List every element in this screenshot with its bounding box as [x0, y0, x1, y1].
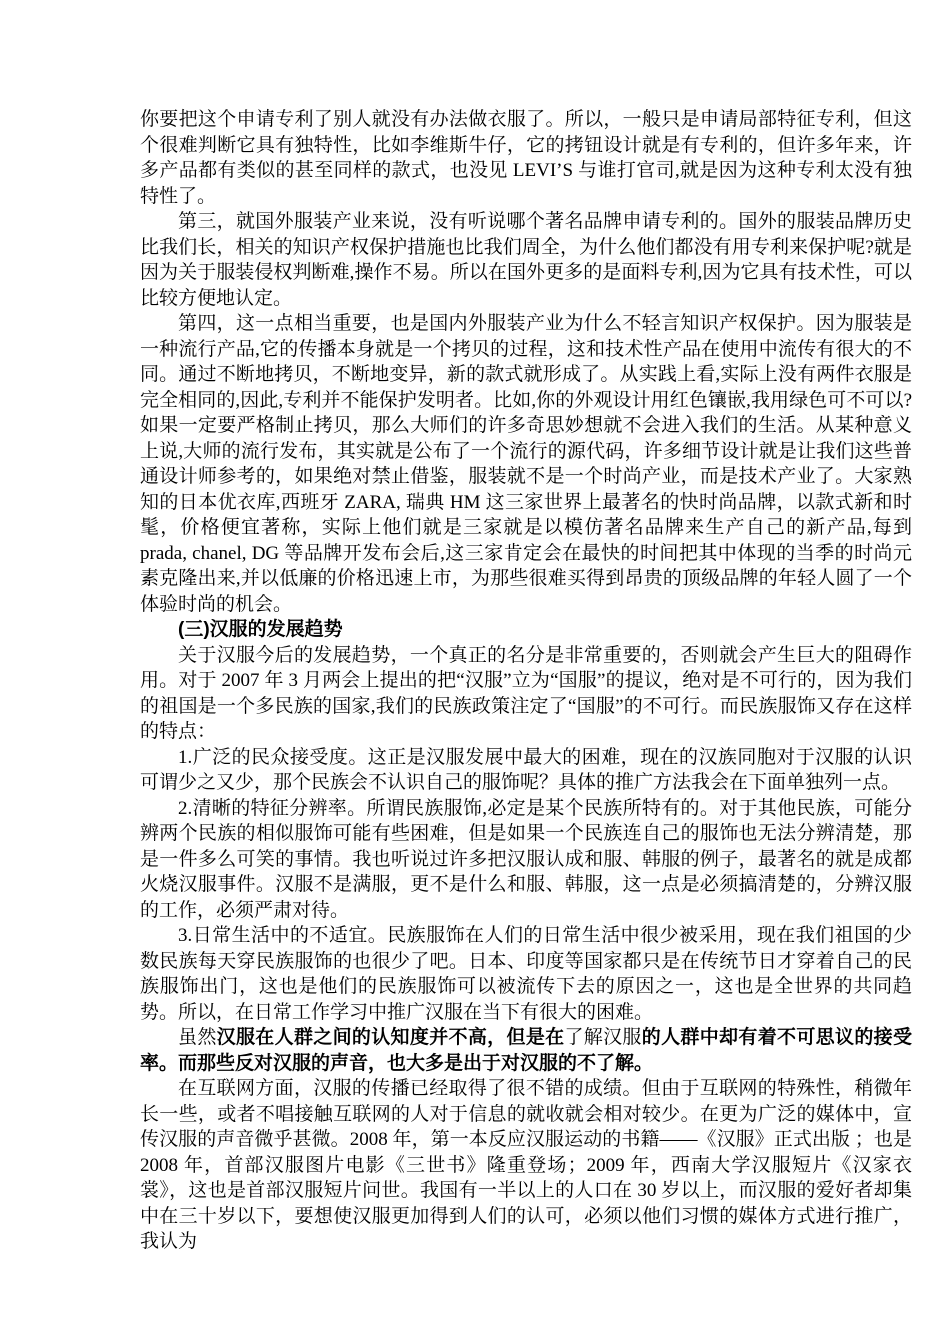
text-run: 第三，就国外服装产业来说，没有听说哪个著名品牌申请专利的。国外的服装品牌历史比我… [140, 211, 912, 309]
text-run: 虽然 [178, 1027, 217, 1048]
text-run: 2.清晰的特征分辨率。所谓民族服饰,必定是某个民族所特有的。对于其他民族，可能分… [140, 798, 912, 921]
para-awareness-emphasis: 虽然汉服在人群之间的认知度并不高，但是在了解汉服的人群中却有着不可思议的接受率。… [140, 1025, 912, 1076]
text-run: 你要把这个申请专利了别人就没有办法做衣服了。所以，一般只是申请局部特征专利，但这… [140, 109, 912, 207]
text-run: (三)汉服的发展趋势 [178, 619, 343, 640]
text-run: 3.日常生活中的不适宜。民族服饰在人们的日常生活中很少被采用，现在我们祖国的少数… [140, 925, 912, 1023]
para-internet-and-media: 在互联网方面，汉服的传播已经取得了很不错的成绩。但由于互联网的特殊性，稍微年长一… [140, 1076, 912, 1255]
document-text-block: 你要把这个申请专利了别人就没有办法做衣服了。所以，一般只是申请局部特征专利，但这… [140, 107, 912, 1255]
para-third-foreign-brands: 第三，就国外服装产业来说，没有听说哪个著名品牌申请专利的。国外的服装品牌历史比我… [140, 209, 912, 311]
para-fourth-copy-culture: 第四，这一点相当重要，也是国内外服装产业为什么不轻言知识产权保护。因为服装是一种… [140, 311, 912, 617]
text-run: 第四，这一点相当重要，也是国内外服装产业为什么不轻言知识产权保护。因为服装是一种… [140, 313, 912, 615]
text-run: 在互联网方面，汉服的传播已经取得了很不错的成绩。但由于互联网的特殊性，稍微年长一… [140, 1078, 912, 1252]
para-hanfu-national-dress: 关于汉服今后的发展趋势，一个真正的名分是非常重要的，否则就会产生巨大的阻碍作用。… [140, 643, 912, 745]
text-run: 了解汉服 [564, 1027, 641, 1048]
heading-hanfu-development-trend: (三)汉服的发展趋势 [140, 617, 912, 643]
para-point-2-feature-distinction: 2.清晰的特征分辨率。所谓民族服饰,必定是某个民族所特有的。对于其他民族，可能分… [140, 796, 912, 924]
text-run: 汉服在人群之间的认知度并不高，但是在 [217, 1027, 565, 1048]
para-patent-uniqueness: 你要把这个申请专利了别人就没有办法做衣服了。所以，一般只是申请局部特征专利，但这… [140, 107, 912, 209]
document-page: 你要把这个申请专利了别人就没有办法做衣服了。所以，一般只是申请局部特征专利，但这… [0, 0, 950, 1344]
para-point-3-daily-life: 3.日常生活中的不适宜。民族服饰在人们的日常生活中很少被采用，现在我们祖国的少数… [140, 923, 912, 1025]
text-run: 关于汉服今后的发展趋势，一个真正的名分是非常重要的，否则就会产生巨大的阻碍作用。… [140, 645, 912, 743]
para-point-1-public-acceptance: 1.广泛的民众接受度。这正是汉服发展中最大的困难，现在的汉族同胞对于汉服的认识可… [140, 745, 912, 796]
text-run: 1.广泛的民众接受度。这正是汉服发展中最大的困难，现在的汉族同胞对于汉服的认识可… [140, 747, 912, 794]
